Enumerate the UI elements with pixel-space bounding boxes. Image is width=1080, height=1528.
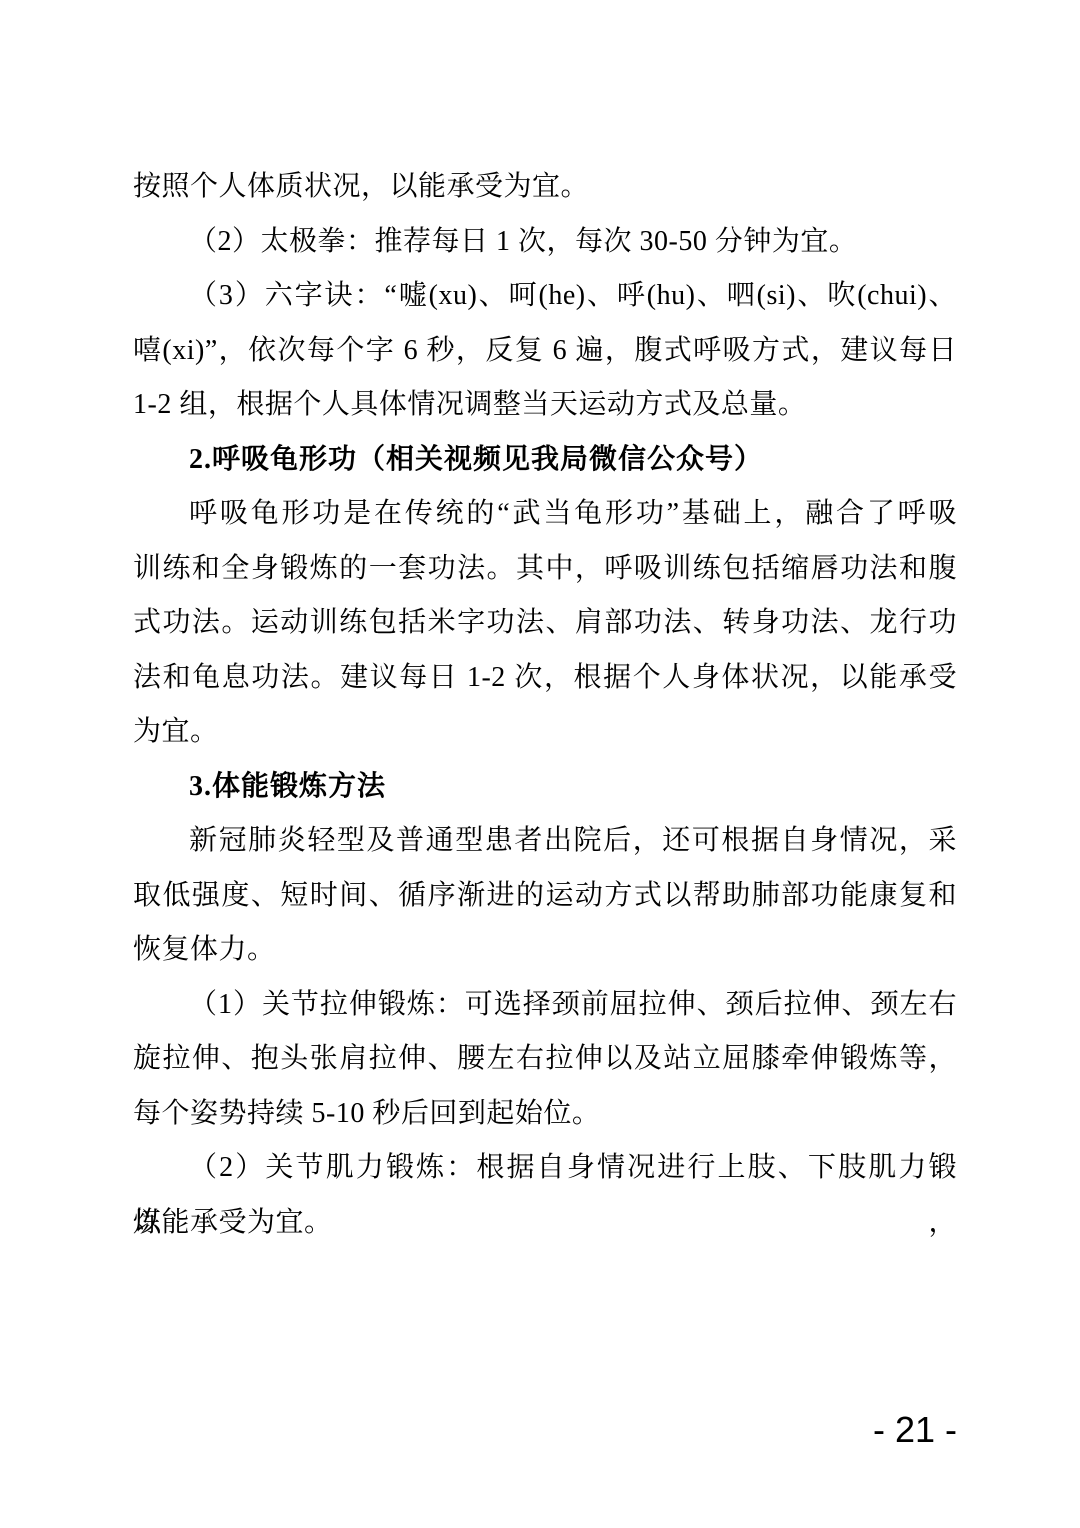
- doc-line: 新冠肺炎轻型及普通型患者出院后，还可根据自身情况，采: [133, 814, 957, 869]
- doc-line: 式功法。运动训练包括米字功法、肩部功法、转身功法、龙行功: [133, 596, 957, 651]
- doc-line: 呼吸龟形功是在传统的“武当龟形功”基础上，融合了呼吸: [133, 487, 957, 542]
- doc-line: 为宜。: [133, 705, 957, 760]
- doc-line: 法和龟息功法。建议每日 1-2 次，根据个人身体状况，以能承受: [133, 651, 957, 706]
- doc-line: 嘻(xi)”，依次每个字 6 秒，反复 6 遍，腹式呼吸方式，建议每日: [133, 324, 957, 379]
- doc-line: （2）太极拳：推荐每日 1 次，每次 30-50 分钟为宜。: [133, 215, 957, 270]
- doc-line: 取低强度、短时间、循序渐进的运动方式以帮助肺部功能康复和: [133, 869, 957, 924]
- doc-line: 按照个人体质状况，以能承受为宜。: [133, 160, 957, 215]
- doc-line: 旋拉伸、抱头张肩拉伸、腰左右拉伸以及站立屈膝牵伸锻炼等，: [133, 1032, 957, 1087]
- document-page: 按照个人体质状况，以能承受为宜。 （2）太极拳：推荐每日 1 次，每次 30-5…: [0, 0, 1080, 1528]
- section-heading-3: 3.体能锻炼方法: [133, 760, 957, 815]
- section-heading-2: 2.呼吸龟形功（相关视频见我局微信公众号）: [133, 433, 957, 488]
- page-number: - 21 -: [0, 1408, 957, 1452]
- doc-line: 1-2 组，根据个人具体情况调整当天运动方式及总量。: [133, 378, 957, 433]
- doc-line: 恢复体力。: [133, 923, 957, 978]
- doc-line: 训练和全身锻炼的一套功法。其中，呼吸训练包括缩唇功法和腹: [133, 542, 957, 597]
- doc-line: （3）六字诀：“嘘(xu)、呵(he)、呼(hu)、呬(si)、吹(chui)、: [133, 269, 957, 324]
- doc-line: （1）关节拉伸锻炼：可选择颈前屈拉伸、颈后拉伸、颈左右: [133, 978, 957, 1033]
- doc-line: （2）关节肌力锻炼：根据自身情况进行上肢、下肢肌力锻炼，: [133, 1141, 957, 1196]
- page-body: 按照个人体质状况，以能承受为宜。 （2）太极拳：推荐每日 1 次，每次 30-5…: [133, 160, 957, 1250]
- doc-line: 每个姿势持续 5-10 秒后回到起始位。: [133, 1087, 957, 1142]
